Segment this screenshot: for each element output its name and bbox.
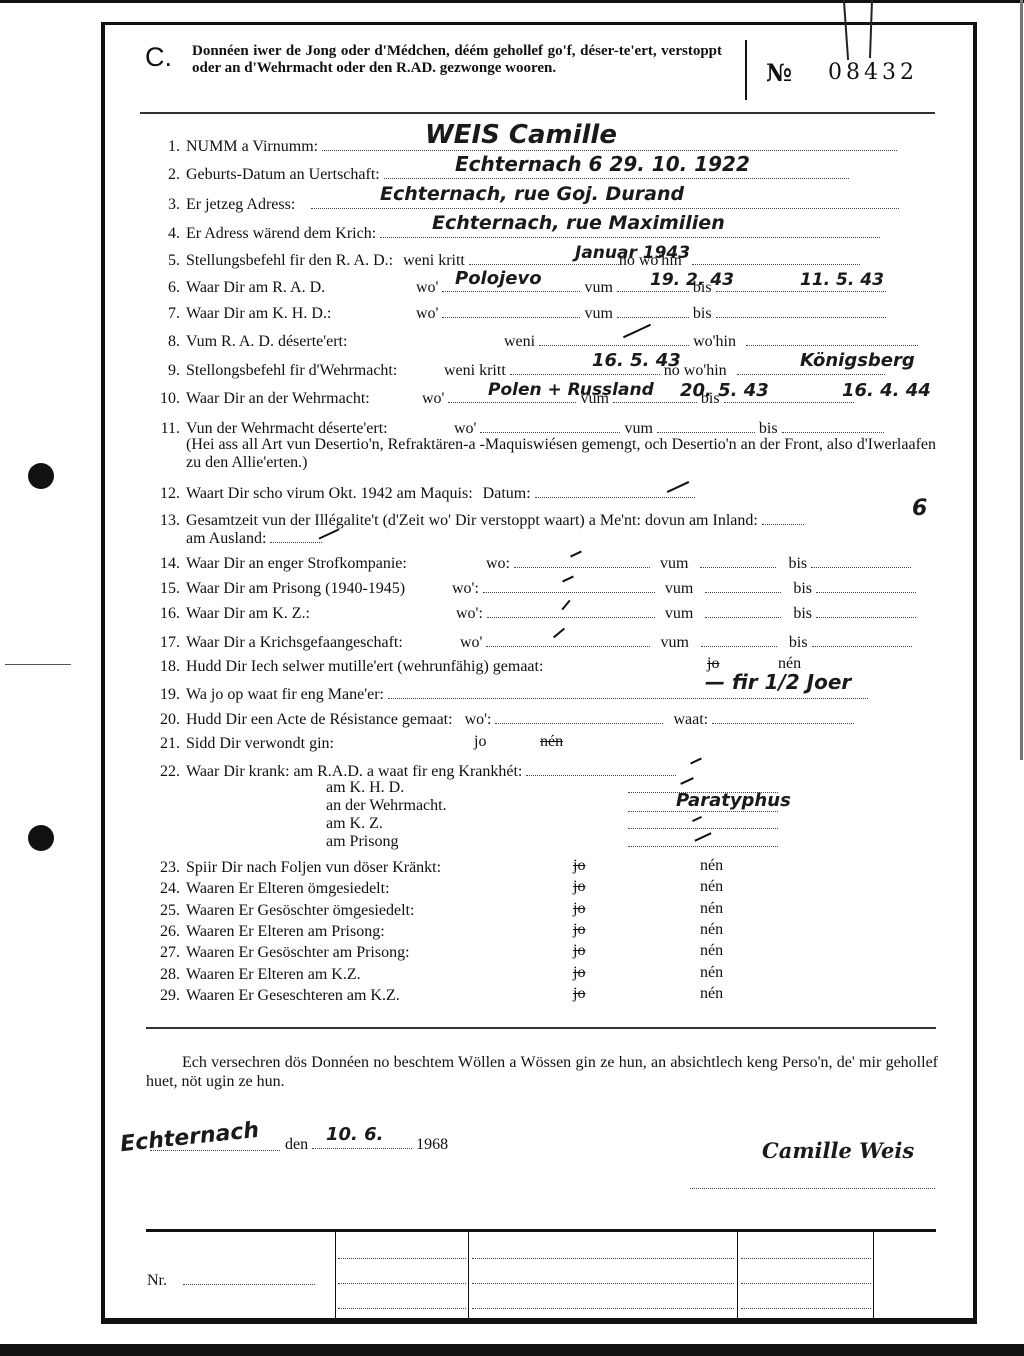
kz-where-input[interactable] — [487, 603, 655, 618]
khd-to-input[interactable] — [716, 303, 886, 318]
sickness-kz-row: am K. Z. — [326, 815, 383, 833]
pow-where-input[interactable] — [486, 632, 650, 647]
dash-mark — [694, 832, 711, 841]
dash-mark — [692, 816, 702, 822]
place-value: Echternach — [119, 1118, 260, 1157]
rad-desert-destination-input[interactable] — [746, 331, 918, 346]
header-rule — [140, 112, 935, 114]
field-15: 15.Waar Dir am Prisong (1940-1945) wo': … — [140, 578, 916, 598]
dash-mark — [680, 777, 694, 785]
field-20: 20.Hudd Dir een Acte de Résistance gemaa… — [140, 709, 854, 729]
wehrmacht-order-date-value: 16. 5. 43 — [592, 350, 681, 371]
table-cell-input[interactable] — [338, 1283, 466, 1284]
margin-mark — [5, 664, 71, 665]
field-7: 7.Waar Dir am K. H. D.: wo' vum bis — [140, 303, 886, 323]
rad-order-destination-input[interactable] — [692, 250, 860, 265]
date-value: 10. 6. — [326, 1124, 384, 1145]
sickness-prison-row: am Prisong — [326, 833, 398, 851]
field-13: 13.Gesamtzeit vun der Illégalite't (d'Ze… — [140, 510, 804, 530]
field-13-abroad: am Ausland: — [186, 528, 322, 548]
field-23: 23.Spiir Dir nach Foljen vun döser Kränk… — [140, 859, 441, 877]
strofkompanie-where-input[interactable] — [514, 553, 650, 568]
table-cell-input[interactable] — [472, 1308, 734, 1309]
table-divider — [737, 1232, 738, 1320]
name-value: WEIS Camille — [425, 120, 617, 150]
table-cell-input[interactable] — [338, 1308, 466, 1309]
option-no[interactable]: nén — [700, 900, 723, 918]
option-no[interactable]: nén — [700, 964, 723, 982]
table-cell-input[interactable] — [741, 1308, 871, 1309]
field-28: 28.Waaren Er Elteren am K.Z. — [140, 966, 361, 984]
pow-to-input[interactable] — [812, 632, 912, 647]
table-cell-input[interactable] — [338, 1258, 466, 1259]
sickness-prison-input[interactable] — [628, 846, 778, 847]
wehrmacht-order-destination-value: Königsberg — [800, 350, 915, 371]
option-yes[interactable]: jo — [474, 733, 486, 751]
signature-input[interactable] — [690, 1188, 935, 1189]
war-address-value: Echternach, rue Maximilien — [432, 212, 725, 234]
option-yes[interactable]: jo — [573, 942, 585, 960]
strofkompanie-from-input[interactable] — [700, 553, 776, 568]
rad-order-date-value: Januar 1943 — [575, 243, 690, 263]
wehrmacht-desert-to-input[interactable] — [782, 418, 884, 433]
punch-hole-upper — [28, 463, 54, 489]
scan-edge-right — [1020, 0, 1023, 760]
field-26: 26.Waaren Er Elteren am Prisong: — [140, 923, 385, 941]
field-12: 12.Waart Dir scho virum Okt. 1942 am Maq… — [140, 483, 695, 503]
field-29: 29.Waaren Er Geseschteren am K.Z. — [140, 987, 400, 1005]
option-no[interactable]: nén — [700, 878, 723, 896]
illegality-inland-input[interactable] — [762, 510, 804, 525]
prison-to-input[interactable] — [816, 578, 916, 593]
sickness-wehrmacht-input[interactable] — [628, 811, 778, 812]
field-5: 5.Stellungsbefehl fir den R. A. D.: weni… — [140, 250, 860, 270]
field-9: 9.Stellongsbefehl fir d'Wehrmacht: weni … — [140, 360, 885, 380]
field-16: 16.Waar Dir am K. Z.: wo': vum bis — [140, 603, 916, 623]
rad-from-value: 19. 2. 43 — [650, 270, 734, 290]
table-cell-input[interactable] — [741, 1283, 871, 1284]
illegality-abroad-input[interactable] — [270, 528, 322, 543]
field-27: 27.Waaren Er Gesöschter am Prisong: — [140, 944, 410, 962]
option-yes[interactable]: jo — [573, 857, 585, 875]
table-cell-input[interactable] — [472, 1258, 734, 1259]
punch-hole-lower — [28, 825, 54, 851]
prison-from-input[interactable] — [705, 578, 781, 593]
option-no[interactable]: nén — [700, 942, 723, 960]
option-yes[interactable]: jo — [573, 964, 585, 982]
wehrmacht-from-value: 20. 5. 43 — [680, 380, 769, 401]
option-no[interactable]: nén — [540, 733, 563, 751]
declaration-text: Ech versechren dös Donnéen no beschtem W… — [146, 1053, 938, 1091]
option-yes[interactable]: jo — [573, 985, 585, 1003]
sickness-wehrmacht-row: an der Wehrmacht. — [326, 797, 447, 815]
option-no[interactable]: nén — [700, 985, 723, 1003]
number-sign: № — [766, 58, 792, 87]
field-22: 22.Waar Dir krank: am R.A.D. a waat fir … — [140, 761, 676, 781]
sickness-khd-row: am K. H. D. — [326, 779, 404, 797]
option-yes[interactable]: jo — [573, 921, 585, 939]
table-divider — [335, 1232, 336, 1320]
field-25: 25.Waaren Er Gesöschter ömgesiedelt: — [140, 902, 414, 920]
wehrmacht-to-value: 16. 4. 44 — [842, 380, 931, 401]
khd-where-input[interactable] — [442, 303, 580, 318]
kz-to-input[interactable] — [816, 603, 916, 618]
resistance-where-input[interactable] — [495, 709, 663, 724]
form-number: 08432 — [828, 60, 918, 85]
header-divider — [745, 40, 747, 100]
pow-from-input[interactable] — [701, 632, 777, 647]
prison-where-input[interactable] — [483, 578, 655, 593]
option-no[interactable]: nén — [700, 857, 723, 875]
field-14: 14.Waar Dir an enger Strofkompanie: wo: … — [140, 553, 911, 573]
khd-from-input[interactable] — [617, 303, 689, 318]
scan-edge-bottom — [0, 1344, 1024, 1356]
table-divider — [468, 1232, 469, 1320]
field-21: 21.Sidd Dir verwondt gin: — [140, 735, 334, 753]
field-17: 17.Waar Dir a Krichsgefaangeschaft: wo' … — [140, 632, 912, 652]
option-no[interactable]: nén — [700, 921, 723, 939]
field-11-note: (Hei ass all Art vun Desertio'n, Refrakt… — [186, 436, 936, 472]
sickness-kz-input[interactable] — [628, 828, 778, 829]
table-divider — [873, 1232, 874, 1320]
strofkompanie-to-input[interactable] — [811, 553, 911, 568]
rad-to-value: 11. 5. 43 — [800, 270, 884, 290]
footer-table-top — [146, 1229, 936, 1232]
birth-value: Echternach 6 29. 10. 1922 — [455, 152, 750, 176]
kz-from-input[interactable] — [705, 603, 781, 618]
form-border-bottom — [101, 1321, 977, 1324]
address-value: Echternach, rue Goj. Durand — [380, 183, 684, 205]
dash-mark — [690, 758, 702, 765]
sickness-rad-input[interactable] — [526, 761, 676, 776]
signature-value: Camille Weis — [762, 1138, 914, 1163]
footer-table-bottom — [101, 1318, 977, 1321]
section-letter: C. — [145, 42, 172, 73]
option-yes[interactable]: jo — [573, 878, 585, 896]
mutilation-method-value: — fir 1/2 Joer — [705, 670, 851, 694]
form-title: Donnéen iwer de Jong oder d'Médchen, déé… — [192, 43, 722, 77]
rad-where-value: Polojevo — [455, 268, 542, 289]
field-8: 8.Vum R. A. D. déserte'ert: weni wo'hin — [140, 331, 918, 351]
wehrmacht-desert-where-input[interactable] — [480, 418, 620, 433]
sickness-wehrmacht-value: Paratyphus — [676, 790, 791, 811]
nr-input[interactable] — [183, 1270, 315, 1285]
footer-nr: Nr. — [147, 1270, 315, 1290]
table-cell-input[interactable] — [741, 1258, 871, 1259]
resistance-what-input[interactable] — [712, 709, 854, 724]
field-18: 18.Hudd Dir Iech selwer mutille'ert (weh… — [140, 658, 543, 676]
field-24: 24.Waaren Er Elteren ömgesiedelt: — [140, 880, 390, 898]
staple-mark — [869, 0, 873, 58]
section-separator — [146, 1027, 936, 1029]
place-input[interactable] — [150, 1150, 280, 1151]
option-yes[interactable]: jo — [573, 900, 585, 918]
illegality-inland-value: 6 — [912, 496, 927, 521]
field-11: 11.Vun der Wehrmacht déserte'ert: wo' vu… — [140, 418, 884, 438]
form-border-left — [101, 22, 105, 1324]
staple-mark — [843, 0, 849, 60]
rad-desert-date-input[interactable] — [539, 331, 689, 346]
wehrmacht-where-value: Polen + Russland — [488, 380, 654, 400]
form-border-right — [973, 22, 977, 1324]
table-cell-input[interactable] — [472, 1283, 734, 1284]
wehrmacht-desert-from-input[interactable] — [657, 418, 755, 433]
